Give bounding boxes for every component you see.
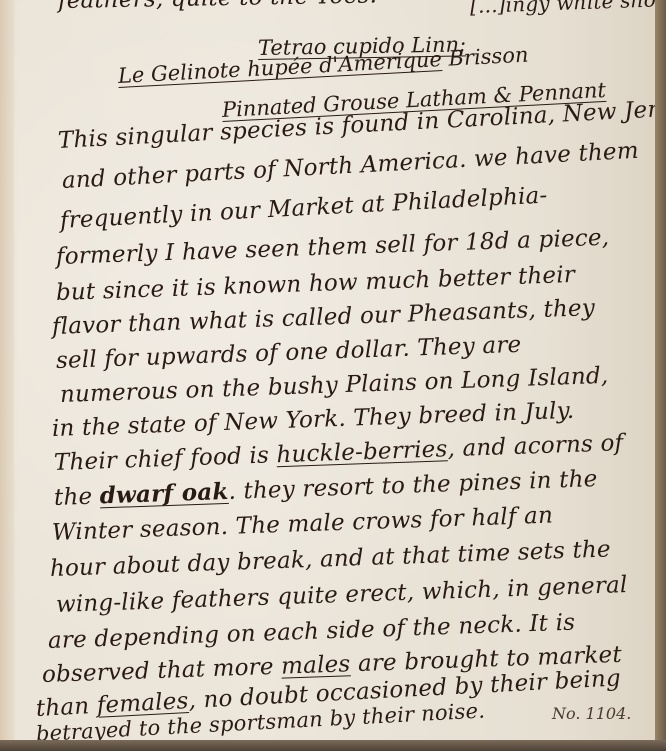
body-line-10-b: , and acorns of — [447, 430, 624, 462]
top-fragment-right: [...]ingy white short — [470, 0, 666, 18]
top-fragment-left: feathers, quite to the Toes. — [58, 0, 377, 14]
catalog-number: No. 1104. — [552, 704, 631, 723]
book-spine-edge — [655, 0, 666, 751]
body-line-10-a: Their chief food is — [54, 442, 277, 476]
body-line-16-a: observed that more — [42, 654, 282, 688]
underlined-dwarf-oak: dwarf oak — [99, 478, 229, 509]
book-bottom-edge — [0, 740, 666, 751]
french-name-authority: Brisson — [448, 43, 529, 71]
body-line-11-b: . they resort to the pines in the — [228, 466, 598, 505]
underlined-males: males — [281, 651, 351, 679]
manuscript-photo: feathers, quite to the Toes. [...]ingy w… — [0, 0, 666, 751]
body-line-11-a: the — [54, 483, 101, 511]
handwritten-text: feathers, quite to the Toes. [...]ingy w… — [0, 0, 655, 740]
body-line-12: Winter season. The male crows for half a… — [52, 503, 554, 546]
manuscript-page: feathers, quite to the Toes. [...]ingy w… — [0, 0, 655, 740]
body-line-17-a: than — [35, 693, 97, 722]
underlined-huckle-berries: huckle-berries — [276, 436, 448, 468]
